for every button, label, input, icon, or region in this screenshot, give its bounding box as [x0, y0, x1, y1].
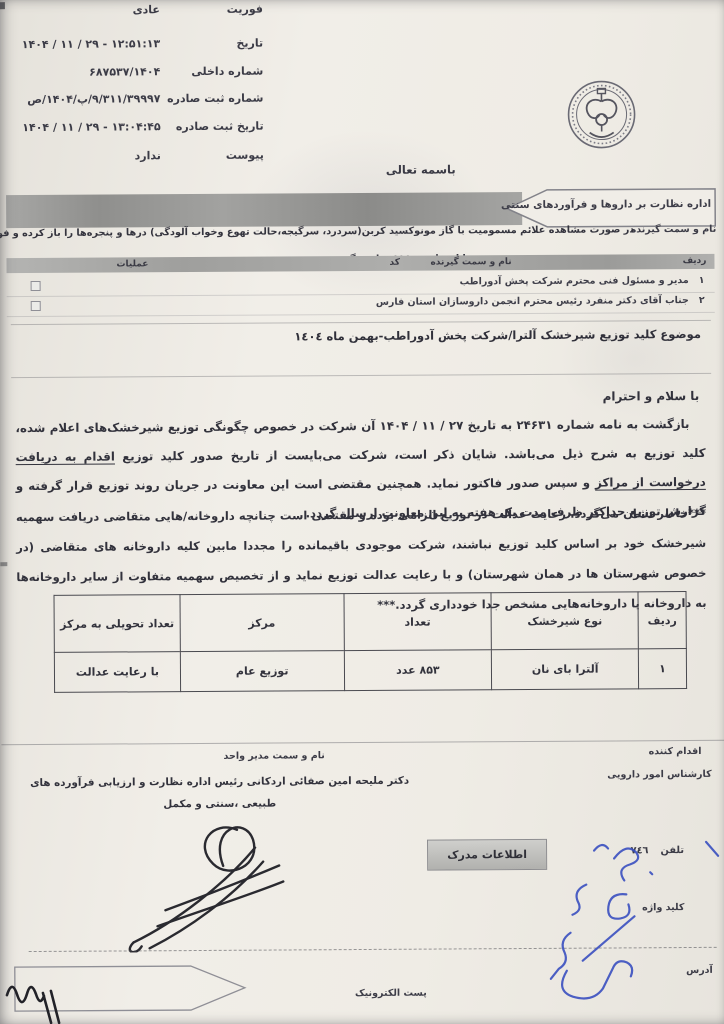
- section-divider: [1, 740, 724, 745]
- recipient-number: ۱: [699, 275, 705, 286]
- col-code-header: کد: [389, 256, 400, 271]
- meta-value: ص/۱۴۰۴/پ/۹/۳۱۱/۳۹۹۹۷: [27, 92, 160, 106]
- dist-col-type: نوع شیرخشک: [491, 592, 638, 650]
- salutation-text: با سلام و احترام: [603, 389, 700, 404]
- dist-col-center: مرکز: [180, 594, 344, 652]
- actor-label: اقدام کننده: [649, 746, 702, 757]
- besmele-text: باسمه تعالی: [386, 162, 456, 176]
- dist-quantity: ۸۵۳ عدد: [344, 650, 492, 691]
- section-divider: [11, 320, 711, 325]
- office-banner-title: اداره نظارت بر داروها و فرآوردهای سنتی: [539, 199, 711, 211]
- dist-col-qty: تعداد: [344, 593, 492, 651]
- recipient-label: نام و سمت گیرنده: [631, 224, 717, 236]
- col-name-header: نام و سمت گیرنده: [430, 255, 511, 270]
- manager-name-text: دکتر ملیحه امین صفائی اردکانی رئیس اداره…: [28, 770, 412, 816]
- dist-col-row: ردیف: [638, 592, 686, 649]
- meta-value: ۱۴۰۴ / ۱۱ / ۲۹ - ۱۳:۰۴:۴۵: [22, 120, 160, 134]
- meta-label: تاریخ: [164, 37, 263, 51]
- dist-data-row: ۱ آلترا بای نان ۸۵۳ عدد توزیع عام با رعا…: [54, 649, 686, 693]
- col-row-header: ردیف: [683, 254, 707, 269]
- meta-value: ندارد: [135, 149, 161, 162]
- meta-row-priority: فوریتعادی: [0, 3, 263, 18]
- scan-edge-artifact: [0, 562, 7, 566]
- meta-label: فوریت: [164, 3, 263, 17]
- section-divider: [11, 373, 711, 378]
- row-select-checkbox-icon[interactable]: [31, 281, 41, 291]
- meta-row-issue-no: شماره ثبت صادرهص/۱۴۰۴/پ/۹/۳۱۱/۳۹۹۹۷: [0, 92, 264, 107]
- banner-gray-bar: [6, 192, 522, 228]
- recipients-table-header: ردیف نام و سمت گیرنده کد عملیات: [6, 254, 714, 273]
- recipient-number: ۲: [699, 295, 705, 306]
- dist-header-row: ردیف نوع شیرخشک تعداد مرکز تعداد تحویلی …: [54, 592, 686, 653]
- col-ops-header: عملیات: [116, 257, 148, 272]
- dist-center: توزیع عام: [180, 651, 344, 692]
- meta-value: عادی: [133, 3, 160, 16]
- meta-row-attachment: پیوستندارد: [0, 149, 264, 164]
- meta-row-date: تاریخ۱۴۰۴ / ۱۱ / ۲۹ - ۱۲:۵۱:۱۳: [0, 37, 263, 52]
- university-seal-icon: [563, 72, 640, 158]
- dist-row-num: ۱: [638, 649, 686, 689]
- row-select-checkbox-icon[interactable]: [31, 301, 41, 311]
- dist-delivered: با رعایت عدالت: [54, 652, 180, 693]
- subject-line: موضوع کلید توزیع شیرخشک آلترا/شرکت پخش آ…: [294, 327, 701, 343]
- manager-label: نام و سمت مدیر واحد: [223, 750, 324, 762]
- meta-row-internal-no: شماره داخلی۶۸۷۵۳۷/۱۴۰۴: [0, 65, 263, 80]
- recipient-row: ۱ مدیر و مسئول فنی محترم شرکت پخش آدوراط…: [460, 275, 705, 287]
- dist-milk-type: آلترا بای نان: [492, 649, 639, 690]
- meta-value: ۶۸۷۵۳۷/۱۴۰۴: [89, 65, 160, 78]
- meta-label: شماره ثبت صادره: [164, 92, 263, 106]
- ink-scribble: [3, 969, 73, 1024]
- recipient-name: جناب آقای دکتر منفرد رئیس محترم انجمن دا…: [376, 295, 689, 308]
- meta-label: پیوست: [165, 149, 264, 163]
- handwritten-signature: [105, 813, 286, 952]
- recipient-name: مدیر و مسئول فنی محترم شرکت پخش آدوراطب: [460, 275, 689, 287]
- pharma-expert-label: کارشناس امور دارویی: [607, 769, 711, 781]
- meta-value: ۱۴۰۴ / ۱۱ / ۲۹ - ۱۲:۵۱:۱۳: [22, 37, 160, 51]
- scanned-letter-page: فوریتعادی تاریخ۱۴۰۴ / ۱۱ / ۲۹ - ۱۲:۵۱:۱۳…: [0, 0, 724, 1024]
- meta-label: شماره داخلی: [164, 65, 263, 79]
- distribution-table: ردیف نوع شیرخشک تعداد مرکز تعداد تحویلی …: [54, 591, 688, 693]
- blue-ink-annotation: [530, 820, 724, 1003]
- meta-label: تاریخ ثبت صادره: [165, 120, 264, 134]
- p1-text: بازگشت به نامه شماره ۲۴۶۳۱ به تاریخ ۲۷ /…: [15, 417, 705, 464]
- recipient-row: ۲ جناب آقای دکتر منفرد رئیس محترم انجمن …: [376, 295, 705, 308]
- dist-col-delivered: تعداد تحویلی به مرکز: [54, 595, 180, 653]
- email-label: پست الکترونیک: [355, 988, 427, 999]
- letter-meta-block: فوریتعادی تاریخ۱۴۰۴ / ۱۱ / ۲۹ - ۱۲:۵۱:۱۳…: [0, 0, 721, 2]
- meta-row-issue-date: تاریخ ثبت صادره۱۴۰۴ / ۱۱ / ۲۹ - ۱۳:۰۴:۴۵: [0, 120, 264, 135]
- row-separator: [7, 312, 715, 317]
